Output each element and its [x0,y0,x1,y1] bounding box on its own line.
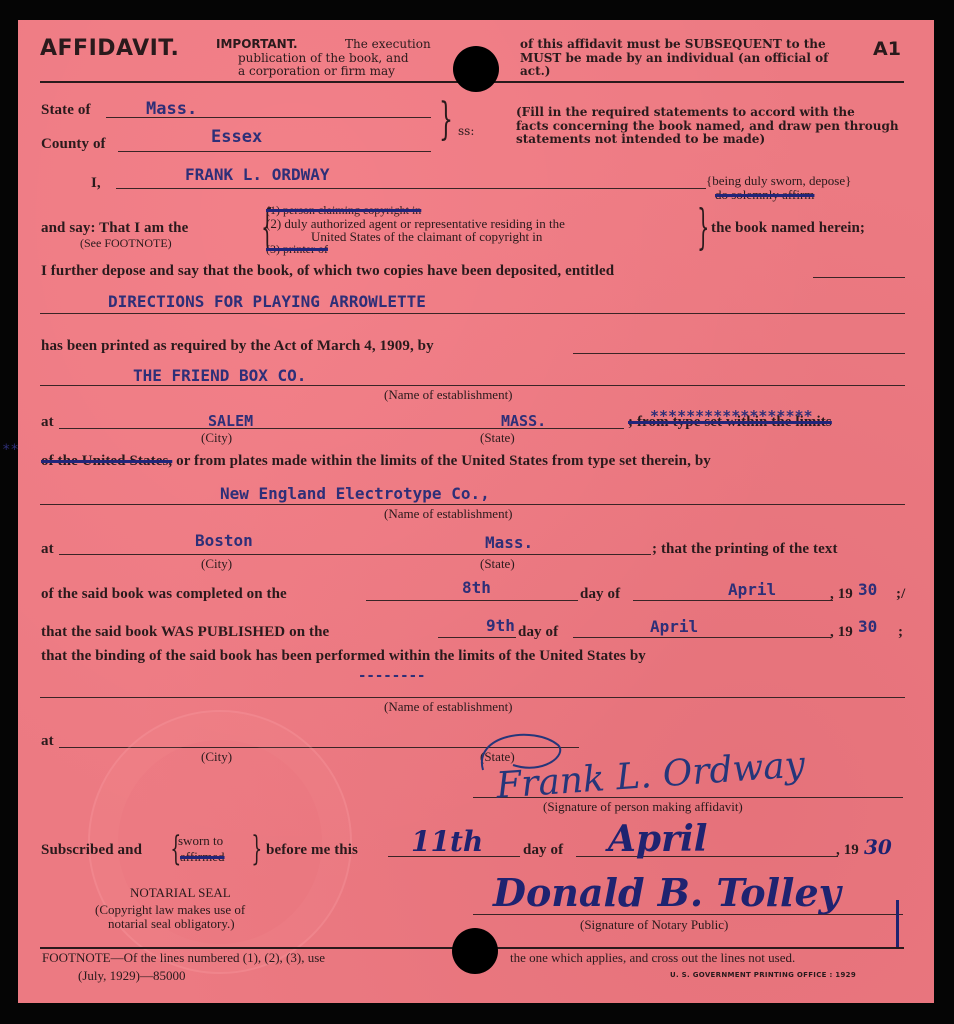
published-label: that the said book WAS PUBLISHED on the [41,624,329,641]
published-month-line [573,637,831,638]
published-year: 30 [858,617,877,636]
capacity-option-3-struck: (3) printer of [266,242,328,257]
plates-suffix: ; that the printing of the text [652,541,838,558]
plates-at: at [41,541,54,558]
printer-continuation: of the United States, or from plates mad… [41,453,711,470]
book-intro-line [813,277,905,278]
book-title-line [40,313,905,314]
completed-end: ;/ [896,586,905,603]
binding-intro: that the binding of the said book has be… [41,648,646,665]
oath-option-2-struck: do solemnly affirm [715,187,814,203]
venue-brace: } [439,98,453,142]
instructions-line-3: statements not intended to be made) [516,132,765,146]
state-label: State of [41,102,91,119]
county-line [118,151,431,152]
footer-printer: U. S. GOVERNMENT PRINTING OFFICE : 1929 [670,971,856,979]
printed-intro-line [573,353,905,354]
jurat-subscribed: Subscribed and [41,842,142,859]
jurat-before-me: before me this [266,842,358,859]
plates-city-line [59,554,651,555]
book-intro: I further depose and say that the book, … [41,263,614,280]
jurat-day-of: day of [523,842,563,859]
plates-state: Mass. [485,533,533,552]
footer-edition: (July, 1929)—85000 [78,968,186,984]
binding-at: at [41,733,54,750]
completed-day: 8th [462,578,491,597]
seal-title: NOTARIAL SEAL [130,885,231,901]
printer-name-caption: (Name of establishment) [384,387,513,403]
instructions-line-1: (Fill in the required statements to acco… [516,105,855,119]
important-label: IMPORTANT. [216,37,298,51]
printer-city-caption: (City) [201,430,232,446]
asterisks-margin: ** [2,442,19,458]
completed-month: April [728,580,776,599]
published-month: April [650,617,698,636]
header-right-line-1: of this affidavit must be SUBSEQUENT to … [520,37,826,51]
binding-name: -------- [358,668,425,684]
affiant-name: FRANK L. ORDWAY [185,165,330,184]
instructions-line-2: facts concerning the book named, and dra… [516,119,899,133]
continuation-struck: of the United States, [41,453,172,469]
printer-state-caption: (State) [480,430,515,446]
binding-name-caption: (Name of establishment) [384,699,513,715]
form-title: AFFIDAVIT. [40,36,179,61]
printer-name: THE FRIEND BOX CO. [133,366,306,385]
plates-name: New England Electrotype Co., [220,484,490,503]
jurat-day: 11th [411,825,483,858]
printer-city: SALEM [208,412,253,430]
completed-year: 30 [858,580,877,599]
footnote-right: the one which applies, and cross out the… [510,950,795,966]
completed-day-line [366,600,578,601]
printer-state: MASS. [501,412,546,430]
notary-signature: Donald B. Tolley [493,870,841,915]
jurat-month: April [608,818,707,860]
plates-name-caption: (Name of establishment) [384,506,513,522]
book-title: DIRECTIONS FOR PLAYING ARROWLETTE [108,292,426,311]
punch-hole-bottom [452,928,498,974]
header-left-line-3: a corporation or firm may [238,64,395,78]
affiant-signature-caption: (Signature of person making affidavit) [543,799,743,815]
oath-sworn-text: being duly sworn, depose [712,173,845,188]
capacity-option-2b: United States of the claimant of copyrig… [311,229,542,245]
published-day: 9th [486,616,515,635]
plates-city: Boston [195,531,253,550]
jurat-brace-right: } [251,832,262,866]
published-day-line [438,637,516,638]
form-number: A1 [873,38,901,60]
capacity-label: and say: That I am the [41,220,188,237]
printed-intro: has been printed as required by the Act … [41,338,434,355]
plates-name-line [40,504,905,505]
affiant-line [116,188,706,189]
notary-signature-caption: (Signature of Notary Public) [580,917,728,933]
jurat-year: 30 [864,835,892,859]
header-right-line-3: act.) [520,64,550,78]
completed-month-line [633,600,833,601]
affidavit-form: AFFIDAVIT. IMPORTANT. The execution publ… [18,20,934,1003]
punch-hole-top [453,46,499,92]
header-left-line-2: publication of the book, and [238,51,409,65]
county-value: Essex [211,127,262,147]
published-day-of: day of [518,624,558,641]
published-year-prefix: , 19 [830,624,853,641]
jurat-affirmed-struck: affirmed [180,849,225,865]
header-right-line-2: MUST be made by an individual (an offici… [520,51,828,65]
notary-stroke-tail [896,900,899,948]
footnote-left: FOOTNOTE—Of the lines numbered (1), (2),… [42,950,325,966]
capacity-brace-right: } [697,203,709,251]
capacity-suffix: the book named herein; [711,220,865,237]
signature-loop-icon [473,725,573,785]
continuation-text: or from plates made within the limits of… [172,453,711,469]
printer-name-line [40,385,905,386]
jurat-sworn-to: sworn to [178,833,223,849]
printer-struck-marks: ****************** [650,407,813,425]
plates-city-caption: (City) [201,556,232,572]
state-value: Mass. [146,99,197,119]
published-end: ; [898,624,903,641]
county-label: County of [41,136,106,153]
footnote-ref: (See FOOTNOTE) [80,236,172,251]
completed-year-prefix: , 19 [830,586,853,603]
completed-day-of: day of [580,586,620,603]
jurat-year-prefix: , 19 [836,842,859,859]
plates-state-caption: (State) [480,556,515,572]
ss-label: ss: [458,124,474,138]
binding-name-line [40,697,905,698]
seal-line-2: notarial seal obligatory.) [108,916,235,932]
header-left-line-1: The execution [345,37,431,51]
affiant-prefix: I, [91,175,101,192]
printer-at: at [41,414,54,431]
completed-label: of the said book was completed on the [41,586,287,603]
